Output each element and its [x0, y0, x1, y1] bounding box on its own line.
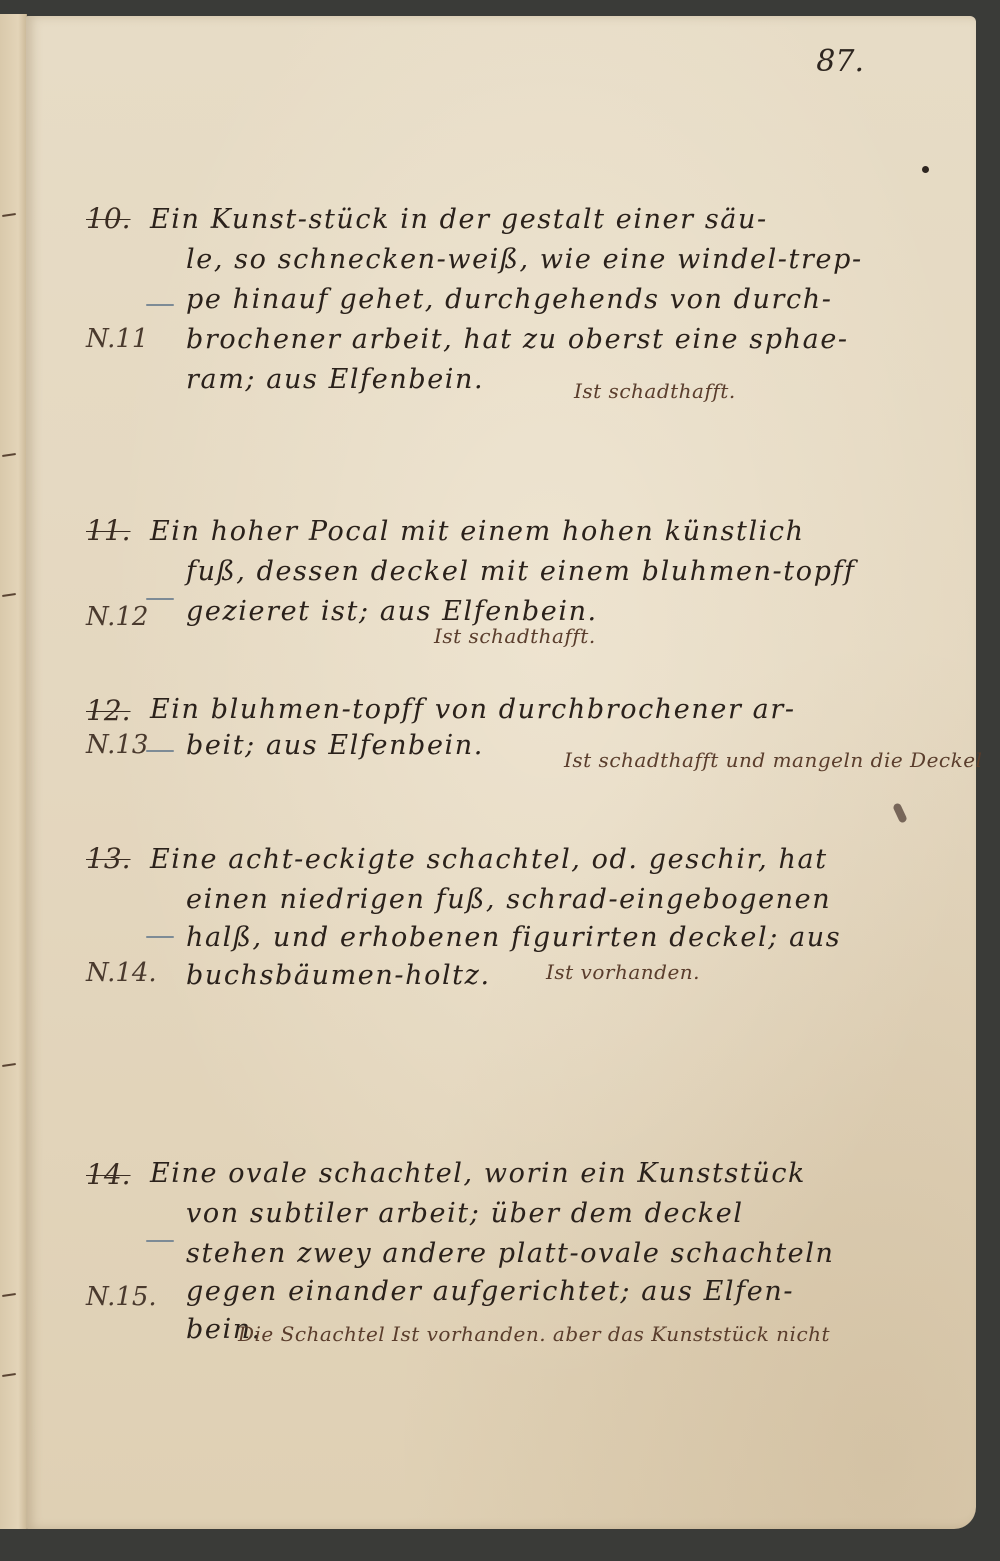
entry-text-line: Ein bluhmen-topff von durchbrochener ar- — [150, 694, 796, 725]
entry-text-line: beit; aus Elfenbein. — [186, 730, 484, 761]
entry-text-line: pe hinauf gehet, durchgehends von durch- — [186, 284, 833, 315]
manuscript-page: 87. 10. N.11 Ein Kunst-stück in der gest… — [26, 16, 976, 1529]
ink-blot — [892, 802, 908, 824]
condition-annotation: Ist vorhanden. — [546, 960, 700, 984]
entry-text-line: von subtiler arbeit; über dem deckel — [186, 1198, 744, 1229]
old-item-number: 12. — [86, 694, 131, 727]
new-item-number: N.13 — [86, 730, 148, 760]
condition-annotation: Ist schadthafft. — [574, 379, 736, 403]
ink-mark — [2, 1063, 16, 1067]
new-item-number: N.14. — [86, 958, 157, 988]
folio-number: 87. — [816, 44, 864, 79]
entry-text-line: buchsbäumen-holtz. — [186, 960, 491, 991]
new-item-number: N.15. — [86, 1282, 157, 1312]
ink-mark — [2, 1293, 16, 1297]
entry-text-line: brochener arbeit, hat zu oberst eine sph… — [186, 324, 849, 355]
margin-dash — [146, 936, 174, 938]
margin-dash — [146, 1240, 174, 1242]
ink-mark — [2, 453, 16, 457]
margin-dash — [146, 304, 174, 306]
entry-text-line: Eine ovale schachtel, worin ein Kunststü… — [150, 1158, 806, 1189]
entry-text-line: Ein Kunst-stück in der gestalt einer säu… — [150, 204, 768, 235]
entry-text-line: le, so schnecken-weiß, wie eine windel-t… — [186, 244, 863, 275]
condition-annotation: Die Schachtel Ist vorhanden. aber das Ku… — [238, 1322, 830, 1346]
entry-text-line: ram; aus Elfenbein. — [186, 364, 484, 395]
ink-mark — [2, 213, 16, 217]
entry-text-line: halß, und erhobenen figurirten deckel; a… — [186, 922, 841, 953]
ink-mark — [2, 593, 16, 597]
entry-text-line: stehen zwey andere platt-ovale schachtel… — [186, 1238, 834, 1269]
adjacent-page-edge — [0, 14, 27, 1529]
ink-mark — [2, 1373, 16, 1377]
margin-dash — [146, 750, 174, 752]
entry-text-line: fuß, dessen deckel mit einem bluhmen-top… — [186, 556, 856, 587]
condition-annotation: Ist schadthafft und mangeln die Deckel — [564, 748, 982, 772]
entry-text-line: gezieret ist; aus Elfenbein. — [186, 596, 598, 627]
condition-annotation: Ist schadthafft. — [434, 624, 596, 648]
entry-text-line: Ein hoher Pocal mit einem hohen künstlic… — [150, 516, 805, 547]
old-item-number: 14. — [86, 1158, 131, 1191]
new-item-number: N.12 — [86, 602, 148, 632]
old-item-number: 13. — [86, 842, 131, 875]
old-item-number: 11. — [86, 514, 131, 547]
margin-dash — [146, 598, 174, 600]
new-item-number: N.11 — [86, 324, 148, 354]
entry-text-line: einen niedrigen fuß, schrad-eingebogenen — [186, 884, 831, 915]
ink-dot — [922, 166, 929, 173]
entry-text-line: Eine acht-eckigte schachtel, od. geschir… — [150, 844, 828, 875]
old-item-number: 10. — [86, 202, 131, 235]
entry-text-line: gegen einander aufgerichtet; aus Elfen- — [186, 1276, 794, 1307]
